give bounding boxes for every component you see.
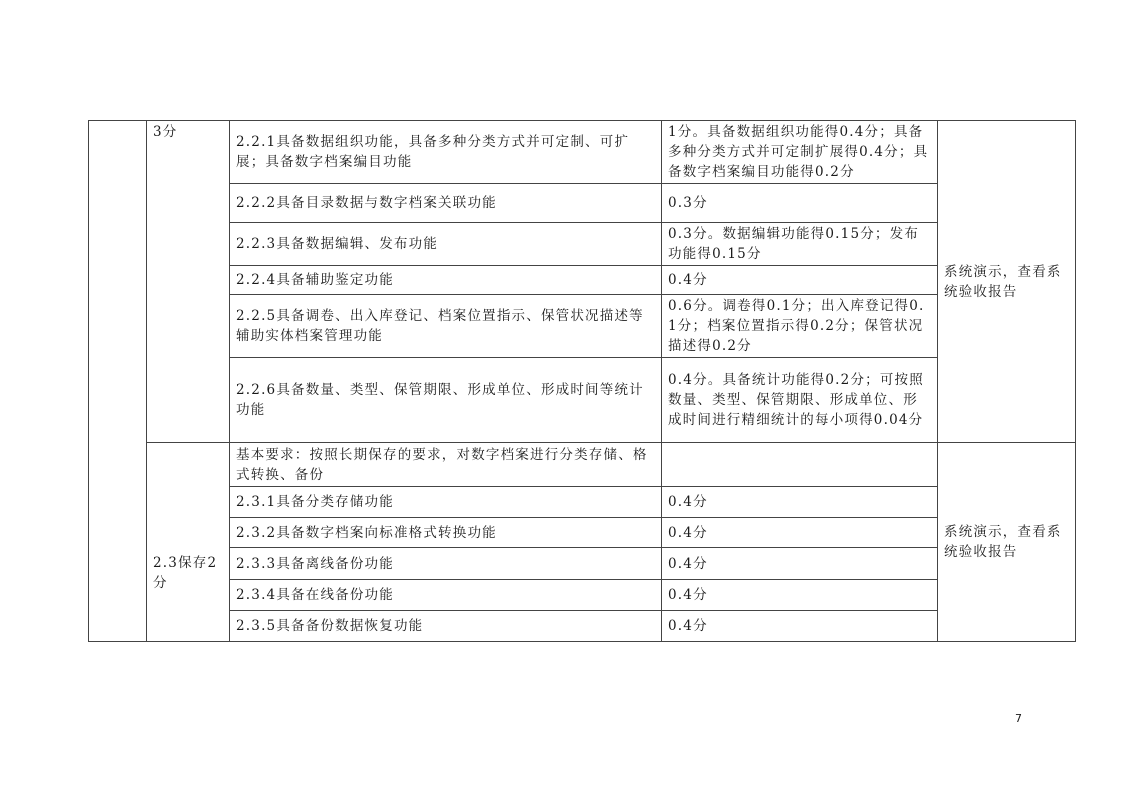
table-row: 2.3保存2分 基本要求：按照长期保存的要求，对数字档案进行分类存储、格式转换、… [89,443,1076,487]
table-row: 2.2.3具备数据编辑、发布功能 0.3分。数据编辑功能得0.15分；发布功能得… [89,223,1076,266]
scoring-2-3-4: 0.4分 [662,580,938,611]
item-2-2-5: 2.2.5具备调卷、出入库登记、档案位置指示、保管状况描述等辅助实体档案管理功能 [230,295,662,358]
table-row: 2.2.4具备辅助鉴定功能 0.4分 [89,266,1076,295]
table-row: 3分 2.2.1具备数据组织功能，具备多种分类方式并可定制、可扩展；具备数字档案… [89,121,1076,184]
scoring-table: 3分 2.2.1具备数据组织功能，具备多种分类方式并可定制、可扩展；具备数字档案… [88,120,1076,642]
item-2-2-4: 2.2.4具备辅助鉴定功能 [230,266,662,295]
scoring-2-2-2: 0.3分 [662,184,938,223]
item-2-2-2: 2.2.2具备目录数据与数字档案关联功能 [230,184,662,223]
basic-requirement: 基本要求：按照长期保存的要求，对数字档案进行分类存储、格式转换、备份 [230,443,662,487]
item-2-3-3: 2.3.3具备离线备份功能 [230,548,662,580]
scoring-2-2-3: 0.3分。数据编辑功能得0.15分；发布功能得0.15分 [662,223,938,266]
table-row: 2.3.4具备在线备份功能 0.4分 [89,580,1076,611]
table-row: 2.2.5具备调卷、出入库登记、档案位置指示、保管状况描述等辅助实体档案管理功能… [89,295,1076,358]
scoring-2-2-4: 0.4分 [662,266,938,295]
scoring-2-3-5: 0.4分 [662,611,938,642]
table-row: 2.3.3具备离线备份功能 0.4分 [89,548,1076,580]
table-row: 2.3.5具备备份数据恢复功能 0.4分 [89,611,1076,642]
item-2-3-4: 2.3.4具备在线备份功能 [230,580,662,611]
category-cell [89,121,147,642]
section-2-2-score: 3分 [147,121,230,443]
scoring-2-3-1: 0.4分 [662,487,938,518]
table-row: 2.3.1具备分类存储功能 0.4分 [89,487,1076,518]
section-2-3-score: 2.3保存2分 [147,443,230,642]
item-2-2-3: 2.2.3具备数据编辑、发布功能 [230,223,662,266]
table-row: 2.2.2具备目录数据与数字档案关联功能 0.3分 [89,184,1076,223]
scoring-2-2-6: 0.4分。具备统计功能得0.2分；可按照数量、类型、保管期限、形成单位、形成时间… [662,358,938,443]
page-number: 7 [1015,712,1022,725]
section-2-3-method: 系统演示，查看系统验收报告 [938,443,1076,642]
table-row: 2.3.2具备数字档案向标准格式转换功能 0.4分 [89,518,1076,548]
basic-requirement-scoring [662,443,938,487]
item-2-3-5: 2.3.5具备备份数据恢复功能 [230,611,662,642]
scoring-2-2-1: 1分。具备数据组织功能得0.4分；具备多种分类方式并可定制扩展得0.4分；具备数… [662,121,938,184]
scoring-2-3-2: 0.4分 [662,518,938,548]
scoring-2-2-5: 0.6分。调卷得0.1分；出入库登记得0.1分；档案位置指示得0.2分；保管状况… [662,295,938,358]
table-row: 2.2.6具备数量、类型、保管期限、形成单位、形成时间等统计功能 0.4分。具备… [89,358,1076,443]
item-2-3-2: 2.3.2具备数字档案向标准格式转换功能 [230,518,662,548]
scoring-2-3-3: 0.4分 [662,548,938,580]
section-2-2-method: 系统演示，查看系统验收报告 [938,121,1076,443]
item-2-3-1: 2.3.1具备分类存储功能 [230,487,662,518]
item-2-2-6: 2.2.6具备数量、类型、保管期限、形成单位、形成时间等统计功能 [230,358,662,443]
item-2-2-1: 2.2.1具备数据组织功能，具备多种分类方式并可定制、可扩展；具备数字档案编目功… [230,121,662,184]
